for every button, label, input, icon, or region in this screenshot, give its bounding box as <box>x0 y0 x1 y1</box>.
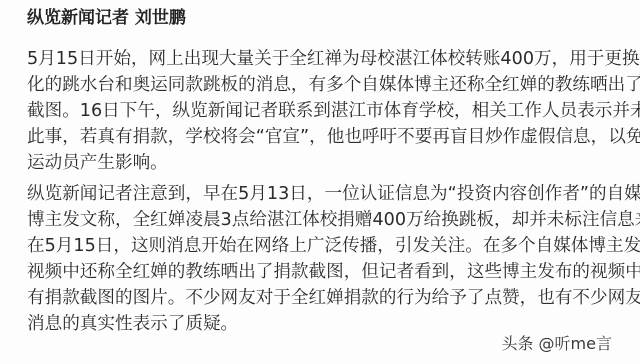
article-page: 纵览新闻记者 刘世鹏 5月15日开始，网上出现大量关于全红禅为母校湛江体校转账4… <box>0 0 640 364</box>
text-line: 视频中还称全红婵的教练晒出了捐款截图，但记者看到，这些博主发布的视频中并未 <box>27 259 599 285</box>
text-line: 截图。16日下午，纵览新闻记者联系到湛江市体育学校，相关工作人员表示并未听说 <box>27 98 599 124</box>
text-line: 5月15日开始，网上出现大量关于全红禅为母校湛江体校转账400万，用于更换破旧老 <box>27 46 599 72</box>
text-line: 运动员产生影响。 <box>27 150 599 176</box>
text-line: 博主发文称，全红婵凌晨3点给湛江体校捐赠400万给换跳板，却并未标注信息来源。 <box>27 207 599 233</box>
paragraph-2: 纵览新闻记者注意到，早在5月13日，一位认证信息为“投资内容创作者”的自媒体 博… <box>27 181 599 337</box>
source-watermark: 头条 @听me言 <box>501 333 612 355</box>
text-line: 在5月15日，这则消息开始在网络上广泛传播，引发关注。在多个自媒体博主发布的 <box>27 233 599 259</box>
byline: 纵览新闻记者 刘世鹏 <box>27 4 186 32</box>
text-line: 此事，若真有捐款，学校将会“官宣”，他也呼吁不要再盲目炒作虚假信息，以免对 <box>27 124 599 150</box>
text-line: 化的跳水台和奥运同款跳板的消息，有多个自媒体博主还称全红婵的教练晒出了捐款 <box>27 72 599 98</box>
text-line: 有捐款截图的图片。不少网友对于全红婵捐款的行为给予了点赞，也有不少网友对于 <box>27 285 599 311</box>
text-line: 纵览新闻记者注意到，早在5月13日，一位认证信息为“投资内容创作者”的自媒体 <box>27 181 599 207</box>
paragraph-1: 5月15日开始，网上出现大量关于全红禅为母校湛江体校转账400万，用于更换破旧老… <box>27 46 599 176</box>
